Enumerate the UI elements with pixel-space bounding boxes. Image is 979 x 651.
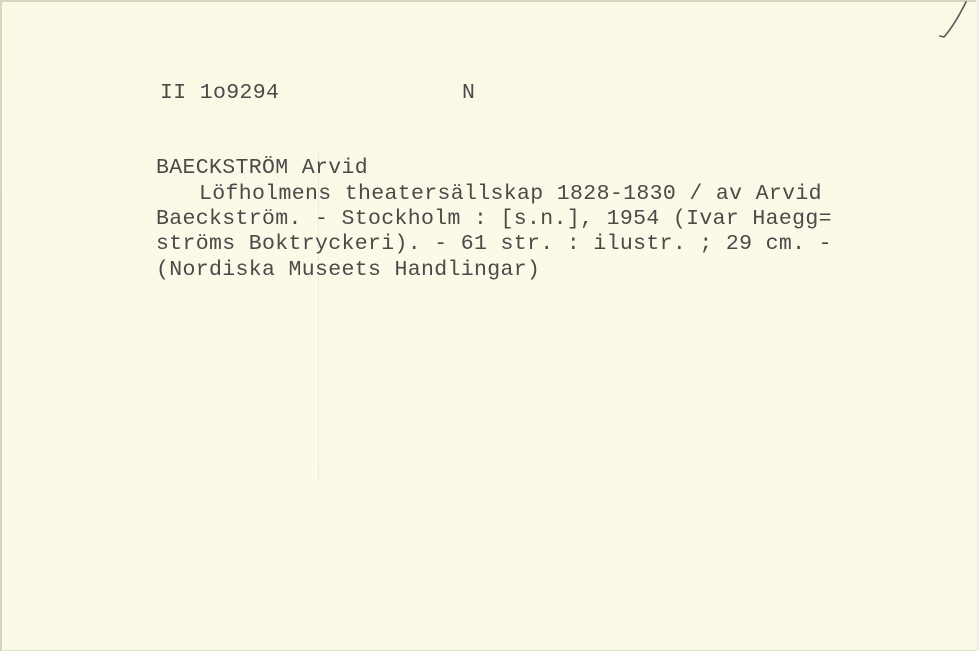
physical-description: ströms Boktryckeri). - 61 str. : ilustr.…: [156, 231, 832, 257]
publication-statement: Baeckström. - Stockholm : [s.n.], 1954 (…: [156, 206, 832, 232]
location-code: N: [462, 80, 475, 106]
check-mark-icon: [934, 0, 970, 42]
series-statement: (Nordiska Museets Handlingar): [156, 257, 540, 283]
catalog-card: II 1o9294 N BAECKSTRÖM Arvid Löfholmens …: [0, 0, 979, 651]
call-number: II 1o9294: [160, 80, 279, 106]
title-statement: Löfholmens theatersällskap 1828-1830 / a…: [199, 181, 822, 207]
author-heading: BAECKSTRÖM Arvid: [156, 155, 368, 181]
